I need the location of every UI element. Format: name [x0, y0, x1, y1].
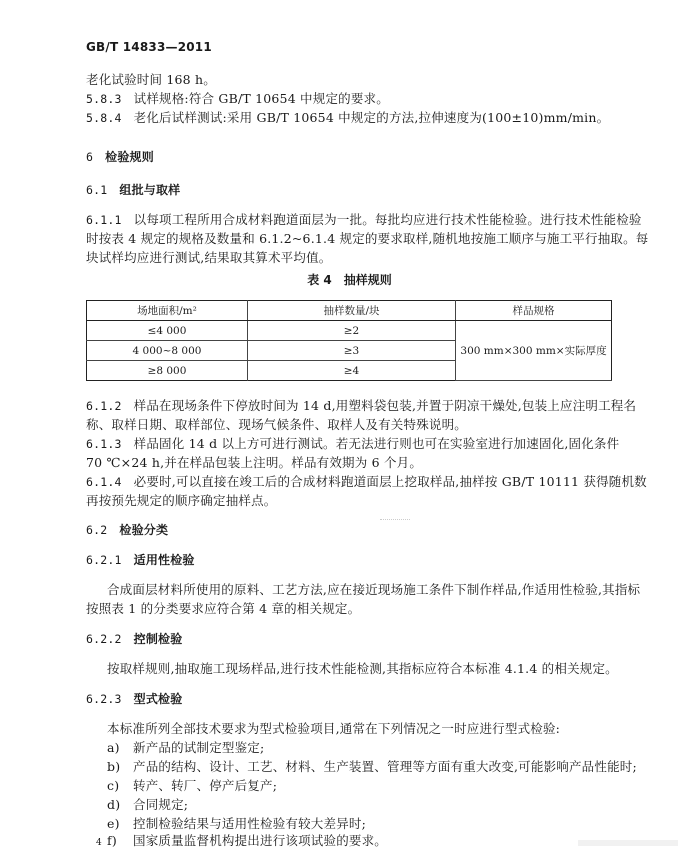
table-cell: ≥2 — [248, 321, 456, 341]
clause-number: 5.8.4 — [86, 111, 122, 125]
section-number: 6.2 — [86, 523, 107, 537]
section-title: 组批与取样 — [119, 183, 180, 197]
clause-6-2-1-line1: 合成面层材料所使用的原料、工艺方法,应在接近现场施工条件下制作样品,作适用性检验… — [107, 583, 640, 597]
section-6-1-heading: 6.1组批与取样 — [86, 183, 180, 197]
clause-text: 样品在现场条件下停放时间为 14 d,用塑料袋包装,并置于阴凉干燥处,包装上应注… — [134, 398, 637, 413]
clause-number: 6.2.3 — [86, 692, 122, 706]
clause-6-1-2-line2: 称、取样日期、取样部位、现场气候条件、取样人及有关特殊说明。 — [86, 418, 467, 432]
section-6-2-heading: 6.2检验分类 — [86, 523, 168, 537]
clause-6-1-1-line3: 块试样均应进行测试,结果取其算术平均值。 — [86, 251, 331, 265]
chapter-heading: 6检验规则 — [86, 150, 154, 164]
list-item: c)转产、转厂、停产后复产; — [107, 779, 277, 793]
section-title: 检验分类 — [119, 523, 168, 537]
clause-6-1-1-line2: 时按表 4 规定的规格及数量和 6.1.2~6.1.4 规定的要求取样,随机地按… — [86, 232, 649, 246]
list-text: 国家质量监督机构提出进行该项试验的要求。 — [133, 833, 387, 848]
list-label: a) — [107, 741, 133, 755]
faint-watermark — [578, 840, 678, 846]
column-header: 场地面积/m² — [87, 301, 248, 321]
clause-text: 以每项工程所用合成材料跑道面层为一批。每批均应进行技术性能检验。进行技术性能检验 — [134, 212, 642, 227]
clause-6-2-3-intro: 本标准所列全部技术要求为型式检验项目,通常在下列情况之一时应进行型式检验: — [107, 722, 560, 736]
table-caption: 表 4 抽样规则 — [0, 271, 699, 288]
clause-6-2-1-heading: 6.2.1适用性检验 — [86, 553, 195, 567]
clause-number: 5.8.3 — [86, 92, 122, 106]
chapter-number: 6 — [86, 150, 93, 164]
clause-6-2-2-heading: 6.2.2控制检验 — [86, 632, 182, 646]
list-text: 转产、转厂、停产后复产; — [133, 778, 277, 793]
list-text: 产品的结构、设计、工艺、材料、生产装置、管理等方面有重大改变,可能影响产品性能时… — [133, 759, 637, 774]
clause-6-2-3-heading: 6.2.3型式检验 — [86, 692, 182, 706]
clause-6-1-3: 6.1.3样品固化 14 d 以上方可进行测试。若无法进行则也可在实验室进行加速… — [86, 437, 619, 451]
section-number: 6.1 — [86, 183, 107, 197]
list-item: a)新产品的试制定型鉴定; — [107, 741, 264, 755]
table-row: ≤4 000 ≥2 300 mm×300 mm×实际厚度 — [87, 321, 612, 341]
clause-6-1-3-line2: 70 ℃×24 h,并在样品包装上注明。样品有效期为 6 个月。 — [86, 456, 422, 470]
scan-artifact — [380, 519, 410, 520]
clause-number: 6.2.1 — [86, 553, 122, 567]
clause-6-2-2-line1: 按取样规则,抽取施工现场样品,进行技术性能检测,其指标应符合本标准 4.1.4 … — [107, 662, 618, 676]
clause-number: 6.1.4 — [86, 475, 122, 489]
table-cell: ≥3 — [248, 341, 456, 361]
clause-5-8-3: 5.8.3试样规格:符合 GB/T 10654 中规定的要求。 — [86, 92, 389, 106]
clause-text: 必要时,可以直接在竣工后的合成材料跑道面层上挖取样品,抽样按 GB/T 1011… — [134, 474, 647, 489]
sampling-rules-table: 场地面积/m² 抽样数量/块 样品规格 ≤4 000 ≥2 300 mm×300… — [86, 300, 612, 381]
clause-6-1-2: 6.1.2样品在现场条件下停放时间为 14 d,用塑料袋包装,并置于阴凉干燥处,… — [86, 399, 636, 413]
clause-number: 6.1.2 — [86, 399, 122, 413]
table-cell-merged: 300 mm×300 mm×实际厚度 — [456, 321, 612, 381]
list-label: e) — [107, 817, 133, 831]
list-item: d)合同规定; — [107, 798, 188, 812]
table-cell: ≥8 000 — [87, 361, 248, 381]
list-text: 控制检验结果与适用性检验有较大差异时; — [133, 816, 366, 831]
list-text: 新产品的试制定型鉴定; — [133, 740, 264, 755]
clause-title: 控制检验 — [134, 632, 183, 646]
clause-6-1-1: 6.1.1以每项工程所用合成材料跑道面层为一批。每批均应进行技术性能检验。进行技… — [86, 213, 642, 227]
clause-title: 型式检验 — [134, 692, 183, 706]
column-header: 抽样数量/块 — [248, 301, 456, 321]
clause-title: 适用性检验 — [134, 553, 195, 567]
list-item: f)国家质量监督机构提出进行该项试验的要求。 — [107, 834, 387, 848]
clause-text: 老化后试样测试:采用 GB/T 10654 中规定的方法,拉伸速度为(100±1… — [134, 110, 610, 125]
continuation-text: 老化试验时间 168 h。 — [86, 73, 216, 87]
clause-6-1-4-line2: 再按预先规定的顺序确定抽样点。 — [86, 494, 277, 508]
clause-number: 6.1.1 — [86, 213, 122, 227]
column-header: 样品规格 — [456, 301, 612, 321]
list-label: f) — [107, 834, 133, 848]
clause-text: 样品固化 14 d 以上方可进行测试。若无法进行则也可在实验室进行加速固化,固化… — [134, 436, 620, 451]
list-item: b)产品的结构、设计、工艺、材料、生产装置、管理等方面有重大改变,可能影响产品性… — [107, 760, 637, 774]
list-label: b) — [107, 760, 133, 774]
table-cell: ≤4 000 — [87, 321, 248, 341]
table-cell: ≥4 — [248, 361, 456, 381]
list-text: 合同规定; — [133, 797, 188, 812]
clause-text: 试样规格:符合 GB/T 10654 中规定的要求。 — [134, 91, 389, 106]
clause-number: 6.2.2 — [86, 632, 122, 646]
document-page: GB/T 14833—2011 老化试验时间 168 h。 5.8.3试样规格:… — [0, 0, 699, 852]
clause-number: 6.1.3 — [86, 437, 122, 451]
chapter-title: 检验规则 — [105, 150, 154, 164]
clause-6-2-1-line2: 按照表 1 的分类要求应符合第 4 章的相关规定。 — [86, 602, 360, 616]
page-number: 4 — [96, 838, 102, 848]
list-item: e)控制检验结果与适用性检验有较大差异时; — [107, 817, 366, 831]
list-label: c) — [107, 779, 133, 793]
standard-header: GB/T 14833—2011 — [86, 40, 212, 54]
table-cell: 4 000~8 000 — [87, 341, 248, 361]
list-label: d) — [107, 798, 133, 812]
clause-6-1-4: 6.1.4必要时,可以直接在竣工后的合成材料跑道面层上挖取样品,抽样按 GB/T… — [86, 475, 647, 489]
clause-5-8-4: 5.8.4老化后试样测试:采用 GB/T 10654 中规定的方法,拉伸速度为(… — [86, 111, 609, 125]
